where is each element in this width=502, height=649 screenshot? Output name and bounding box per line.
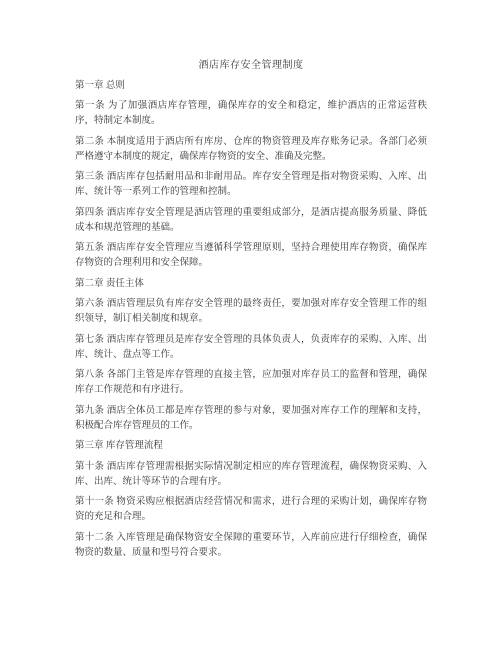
article-paragraph: 第十二条 入库管理是确保物资安全保障的重要环节，入库前应进行仔细检查，确保物资的… <box>75 531 427 561</box>
article-paragraph: 第五条 酒店库存安全管理应当遵循科学管理原则，坚持合理使用库存物资，确保库存物资… <box>75 241 427 271</box>
chapter-heading: 第一章 总则 <box>75 79 427 94</box>
document-title: 酒店库存安全管理制度 <box>75 58 427 73</box>
article-paragraph: 第八条 各部门主管是库存管理的直接主管，应加强对库存员工的监督和管理，确保库存工… <box>75 368 427 398</box>
document-body: 第一章 总则第一条 为了加强酒店库存管理，确保库存的安全和稳定，维护酒店的正常运… <box>75 79 427 561</box>
article-paragraph: 第三条 酒店库存包括耐用品和非耐用品。库存安全管理是指对物资采购、入库、出库、统… <box>75 170 427 200</box>
document-page: 酒店库存安全管理制度 第一章 总则第一条 为了加强酒店库存管理，确保库存的安全和… <box>0 0 502 649</box>
article-paragraph: 第四条 酒店库存安全管理是酒店管理的重要组成部分，是酒店提高服务质量、降低成本和… <box>75 206 427 236</box>
article-paragraph: 第六条 酒店管理层负有库存安全管理的最终责任，要加强对库存安全管理工作的组织领导… <box>75 297 427 327</box>
chapter-heading: 第二章 责任主体 <box>75 277 427 292</box>
article-paragraph: 第七条 酒店库存管理员是库存安全管理的具体负责人，负责库存的采购、入库、出库、统… <box>75 333 427 363</box>
article-paragraph: 第九条 酒店全体员工都是库存管理的参与对象，要加强对库存工作的理解和支持，积极配… <box>75 404 427 434</box>
article-paragraph: 第二条 本制度适用于酒店所有库房、仓库的物资管理及库存账务记录。各部门必须严格遵… <box>75 135 427 165</box>
chapter-heading: 第三章 库存管理流程 <box>75 439 427 454</box>
article-paragraph: 第一条 为了加强酒店库存管理，确保库存的安全和稳定，维护酒店的正常运营秩序，特制… <box>75 99 427 129</box>
article-paragraph: 第十一条 物资采购应根据酒店经营情况和需求，进行合理的采购计划，确保库存物资的充… <box>75 495 427 525</box>
article-paragraph: 第十条 酒店库存管理需根据实际情况制定相应的库存管理流程，确保物资采购、入库、出… <box>75 460 427 490</box>
